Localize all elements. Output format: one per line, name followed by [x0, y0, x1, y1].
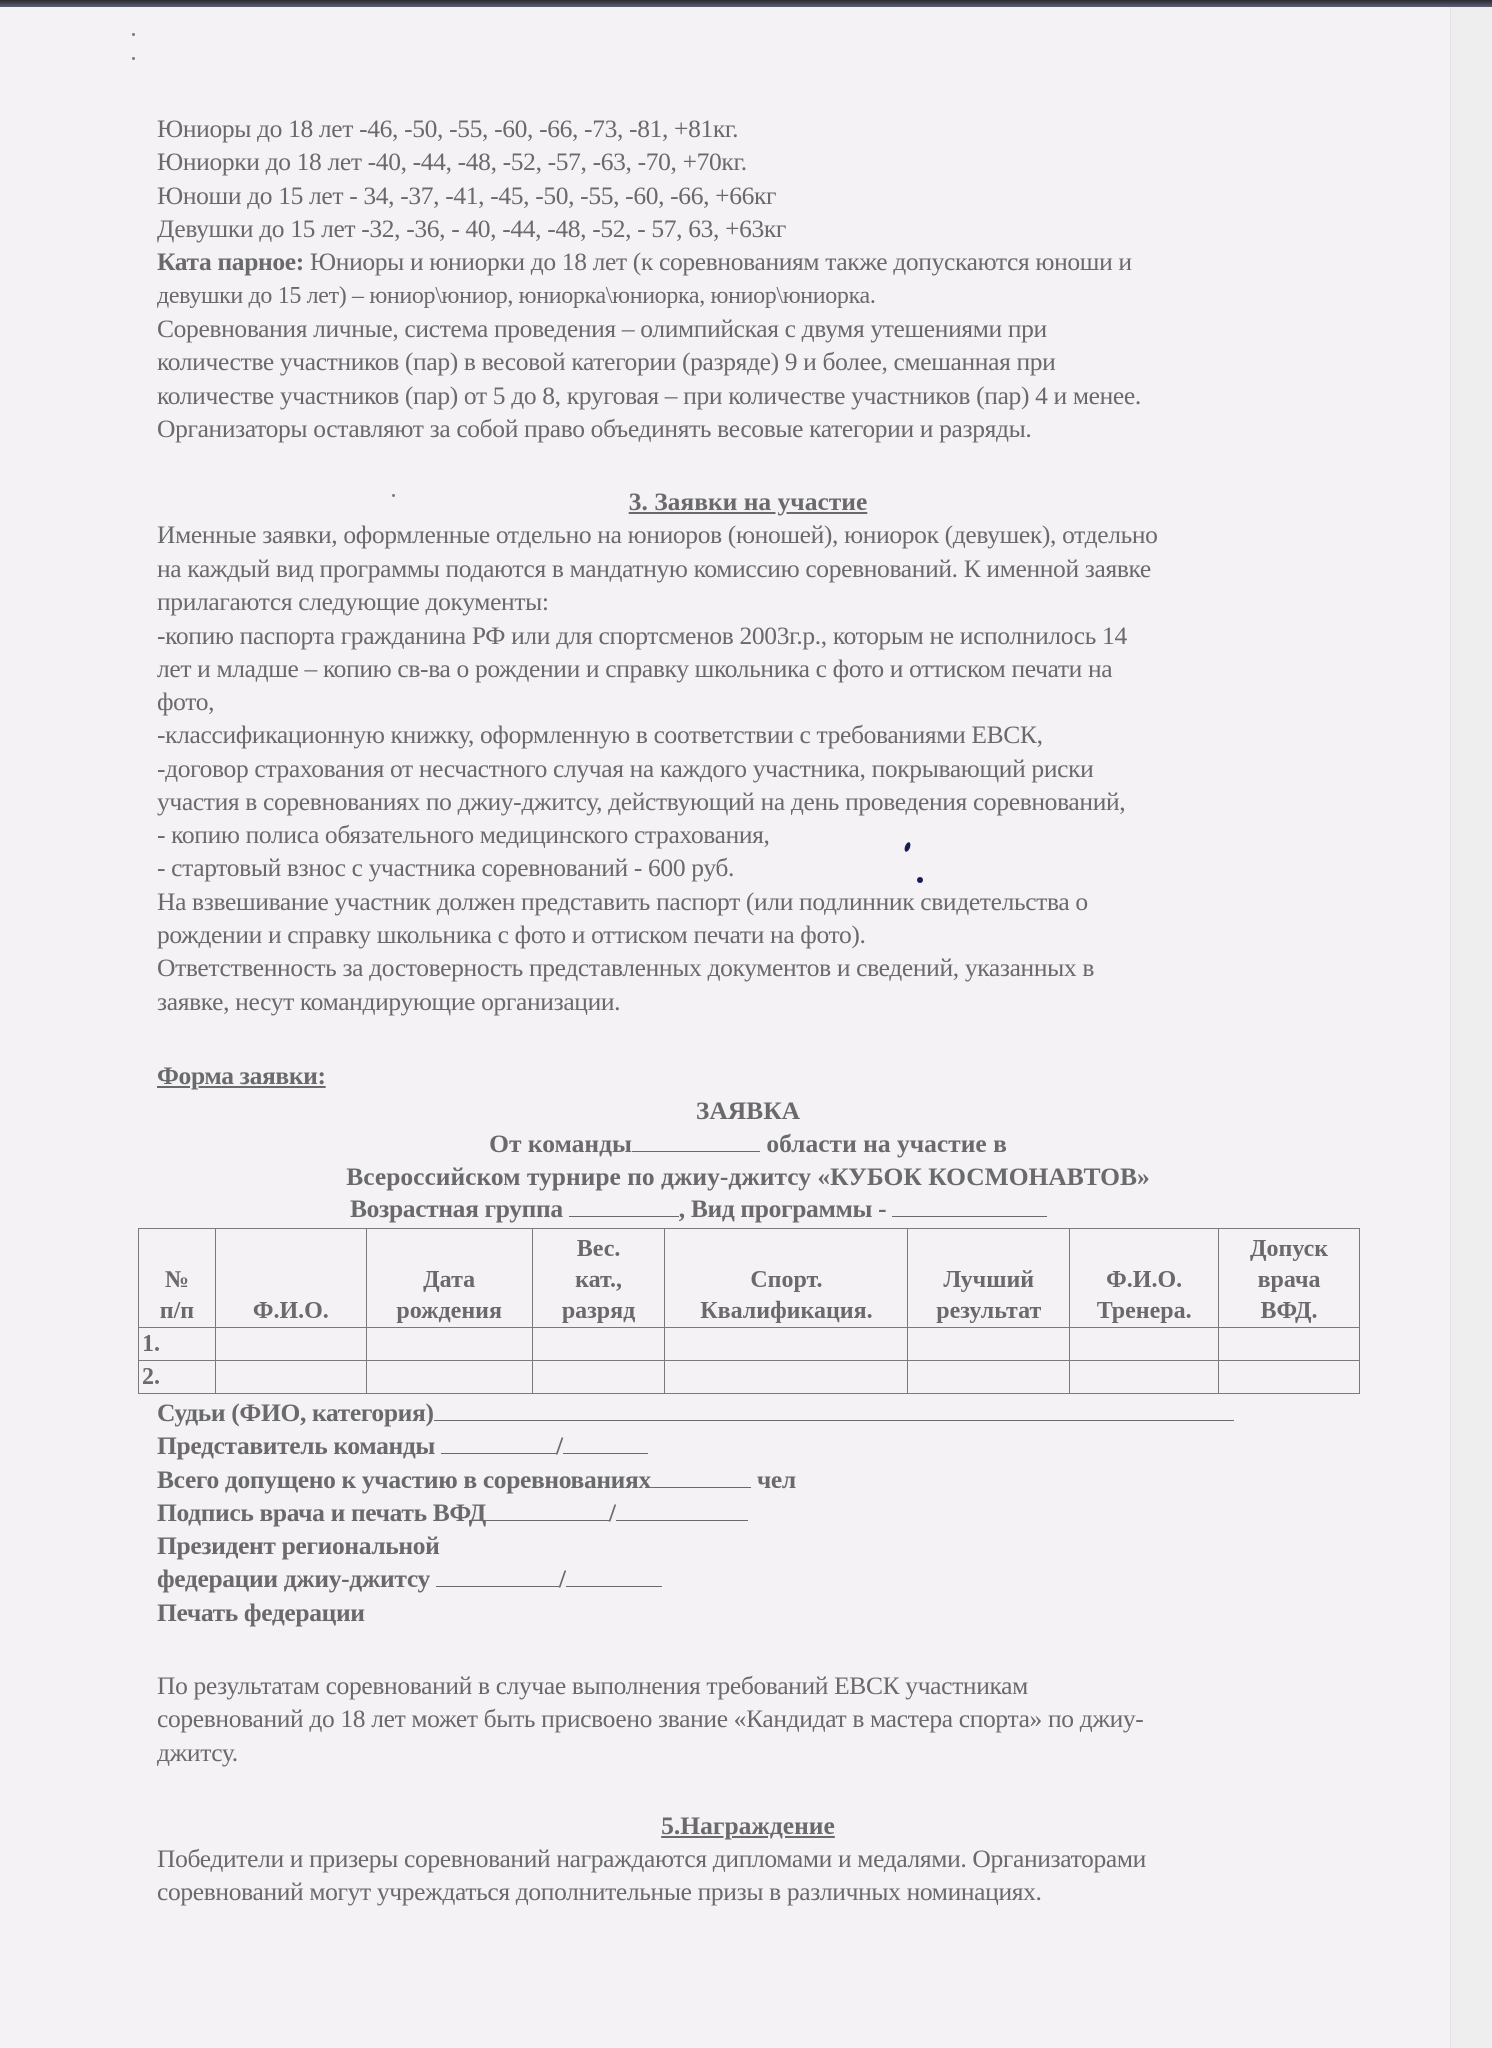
- header-text: Ф.И.О.: [1073, 1265, 1215, 1296]
- ranking-note-line: соревнований до 18 лет может быть присво…: [157, 1703, 1143, 1735]
- weight-category-line: Юниорки до 18 лет -40, -44, -48, -52, -5…: [157, 146, 747, 178]
- header-text: Дата: [370, 1265, 529, 1296]
- ranking-note-line: По результатам соревнований в случае вып…: [157, 1670, 1028, 1702]
- age-group-blank-field[interactable]: [569, 1194, 679, 1217]
- table-body: 1.2.: [139, 1328, 1360, 1394]
- section-3-line: -копию паспорта гражданина РФ или для сп…: [157, 620, 1127, 652]
- header-text: Допуск: [1222, 1234, 1356, 1265]
- table-header-cell: Спорт.Квалификация.: [665, 1229, 908, 1328]
- section-3-line: Именные заявки, оформленные отдельно на …: [157, 519, 1158, 551]
- section-3-line: фото,: [157, 686, 214, 718]
- table-cell[interactable]: [366, 1328, 532, 1361]
- kata-paragraph-line2: девушки до 15 лет) – юниор\юниор, юниорк…: [157, 280, 876, 312]
- team-label: От команды: [489, 1129, 632, 1158]
- representative-sign-field[interactable]: [441, 1431, 556, 1454]
- scan-right-margin: [1450, 7, 1492, 2048]
- judges-label: Судьи (ФИО, категория): [157, 1398, 434, 1427]
- system-line: количестве участников (пар) в весовой ка…: [157, 346, 1055, 378]
- president-line-1: Президент региональной: [157, 1530, 440, 1562]
- section-3-line: -классификационную книжку, оформленную в…: [157, 719, 1043, 751]
- header-text: ВФД.: [1222, 1296, 1356, 1327]
- representative-name-field[interactable]: [563, 1431, 648, 1454]
- header-text: разряд: [536, 1296, 662, 1327]
- weight-category-line: Юниоры до 18 лет -46, -50, -55, -60, -66…: [157, 113, 738, 145]
- federation-stamp-label: Печать федерации: [157, 1597, 365, 1629]
- system-line: Соревнования личные, система проведения …: [157, 313, 1047, 345]
- section-3-line: прилагаются следующие документы:: [157, 586, 549, 618]
- section-3-line: - стартовый взнос с участника соревнован…: [157, 852, 734, 884]
- doctor-line: Подпись врача и печать ВФД/: [157, 1497, 748, 1529]
- judges-blank-field[interactable]: [434, 1398, 1234, 1421]
- table-cell[interactable]: [1070, 1361, 1219, 1394]
- age-group-label: Возрастная группа: [350, 1194, 569, 1223]
- admitted-unit: чел: [751, 1465, 796, 1494]
- table-row: 1.: [139, 1328, 1360, 1361]
- president-name-field[interactable]: [566, 1564, 662, 1587]
- representative-label: Представитель команды: [157, 1431, 441, 1460]
- weight-category-line: Юноши до 15 лет - 34, -37, -41, -45, -50…: [157, 180, 776, 212]
- form-age-program-line: Возрастная группа , Вид программы -: [350, 1193, 1047, 1225]
- section-3-line: на каждый вид программы подаются в манда…: [157, 553, 1151, 585]
- admitted-line: Всего допущено к участию в соревнованиях…: [157, 1464, 796, 1496]
- scan-speck: [132, 57, 135, 60]
- header-text: №: [142, 1265, 212, 1296]
- header-text: рождения: [370, 1296, 529, 1327]
- form-title: ЗАЯВКА: [138, 1095, 1358, 1127]
- table-cell[interactable]: [1070, 1328, 1219, 1361]
- header-text: Вес.: [536, 1234, 662, 1265]
- table-cell[interactable]: [532, 1328, 665, 1361]
- table-header-cell: №п/п: [139, 1229, 216, 1328]
- table-cell[interactable]: [366, 1361, 532, 1394]
- header-text: кат.,: [536, 1265, 662, 1296]
- table-header-cell: Лучшийрезультат: [908, 1229, 1070, 1328]
- program-blank-field[interactable]: [892, 1194, 1047, 1217]
- kata-text: Юниоры и юниорки до 18 лет (к соревнован…: [304, 247, 1132, 276]
- table-cell[interactable]: [665, 1361, 908, 1394]
- row-number: 1.: [139, 1328, 216, 1361]
- table-header-cell: Ф.И.О.: [215, 1229, 366, 1328]
- president-line-2: федерации джиу-джитсу /: [157, 1563, 662, 1595]
- representative-line: Представитель команды /: [157, 1430, 648, 1462]
- header-text: результат: [911, 1296, 1066, 1327]
- header-text: Спорт.: [668, 1265, 904, 1296]
- header-text: Ф.И.О.: [219, 1296, 363, 1327]
- table-cell[interactable]: [215, 1361, 366, 1394]
- section-3-line: участия в соревнованиях по джиу-джитсу, …: [157, 786, 1125, 818]
- table-header-cell: Ф.И.О.Тренера.: [1070, 1229, 1219, 1328]
- form-tournament: Всероссийском турнире по джиу-джитсу «КУ…: [138, 1161, 1358, 1193]
- header-text: п/п: [142, 1296, 212, 1327]
- program-label: , Вид программы -: [679, 1194, 892, 1223]
- table-header-cell: Датарождения: [366, 1229, 532, 1328]
- team-blank-field[interactable]: [632, 1129, 760, 1152]
- table-cell[interactable]: [532, 1361, 665, 1394]
- system-line: количестве участников (пар) от 5 до 8, к…: [157, 380, 1141, 412]
- table-cell[interactable]: [908, 1328, 1070, 1361]
- section-3-line: На взвешивание участник должен представи…: [157, 886, 1088, 918]
- table-header-cell: Вес.кат.,разряд: [532, 1229, 665, 1328]
- doctor-label: Подпись врача и печать ВФД: [157, 1498, 486, 1527]
- section-3-line: Ответственность за достоверность предста…: [157, 952, 1094, 984]
- scan-speck: [132, 33, 135, 36]
- table-header-row: №п/пФ.И.О.ДатарожденияВес.кат.,разрядСпо…: [139, 1229, 1360, 1328]
- section-3-title: 3. Заявки на участие: [138, 486, 1358, 518]
- president-label: федерации джиу-джитсу: [157, 1564, 436, 1593]
- row-number: 2.: [139, 1361, 216, 1394]
- president-sign-field[interactable]: [436, 1564, 559, 1587]
- table-cell[interactable]: [908, 1361, 1070, 1394]
- table-row: 2.: [139, 1361, 1360, 1394]
- team-suffix: области на участие в: [760, 1129, 1007, 1158]
- scan-top-edge: [0, 0, 1492, 7]
- section-5-line: Победители и призеры соревнований награж…: [157, 1843, 1146, 1875]
- admitted-count-field[interactable]: [651, 1465, 751, 1488]
- header-text: Лучший: [911, 1265, 1066, 1296]
- section-3-line: - копию полиса обязательного медицинског…: [157, 819, 770, 851]
- form-team-line: От команды области на участие в: [138, 1128, 1358, 1160]
- table-cell[interactable]: [1219, 1328, 1360, 1361]
- ranking-note-line: джитсу.: [157, 1737, 238, 1769]
- ink-mark: [903, 841, 911, 852]
- section-3-line: заявке, несут командирующие организации.: [157, 986, 620, 1018]
- header-text: Тренера.: [1073, 1296, 1215, 1327]
- section-5-title: 5.Награждение: [138, 1810, 1358, 1842]
- table-header-cell: ДопускврачаВФД.: [1219, 1229, 1360, 1328]
- table-cell[interactable]: [665, 1328, 908, 1361]
- section-3-line: -договор страхования от несчастного случ…: [157, 753, 1093, 785]
- section-3-line: лет и младше – копию св-ва о рождении и …: [157, 653, 1112, 685]
- section-3-line: рождении и справку школьника с фото и от…: [157, 919, 866, 951]
- header-text: врача: [1222, 1265, 1356, 1296]
- form-label: Форма заявки:: [157, 1060, 326, 1092]
- weight-category-line: Девушки до 15 лет -32, -36, - 40, -44, -…: [157, 213, 786, 245]
- admitted-label: Всего допущено к участию в соревнованиях: [157, 1465, 651, 1494]
- doctor-sign-field[interactable]: [486, 1498, 609, 1521]
- table-cell[interactable]: [215, 1328, 366, 1361]
- kata-paragraph: Ката парное: Юниоры и юниорки до 18 лет …: [157, 246, 1132, 278]
- ink-mark: [917, 877, 923, 883]
- kata-label: Ката парное:: [157, 247, 304, 276]
- table-cell[interactable]: [1219, 1361, 1360, 1394]
- entry-table: №п/пФ.И.О.ДатарожденияВес.кат.,разрядСпо…: [138, 1228, 1360, 1394]
- section-5-line: соревнований могут учреждаться дополните…: [157, 1876, 1042, 1908]
- judges-line: Судьи (ФИО, категория): [157, 1397, 1234, 1429]
- doctor-name-field[interactable]: [616, 1498, 748, 1521]
- system-line: Организаторы оставляют за собой право об…: [157, 413, 1031, 445]
- header-text: Квалификация.: [668, 1296, 904, 1327]
